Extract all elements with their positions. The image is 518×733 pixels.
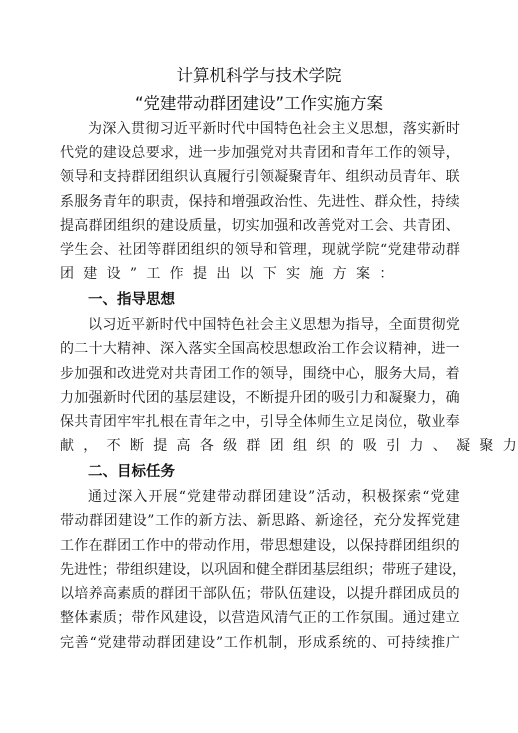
section-line: 先进性；带组织建设，以巩固和健全群团基层组织；带班子建设， <box>60 560 460 580</box>
intro-line: 提高群团组织的建设质量，切实加强和改善党对工会、共青团、 <box>60 216 460 236</box>
section-heading-guiding-ideology: 一、指导思想 <box>88 290 175 310</box>
section-line: 工作在群团工作中的带动作用，带思想建设，以保持群团组织的 <box>60 536 460 556</box>
document-title-plan: “党建带动群团建设”工作实施方案 <box>0 90 518 114</box>
intro-line: 领导和支持群团组织认真履行引领凝聚青年、组织动员青年、联 <box>60 167 460 187</box>
section-line: 以培养高素质的群团干部队伍；带队伍建设，以提升群团成员的 <box>60 584 460 604</box>
section-line: 以习近平新时代中国特色社会主义思想为指导，全面贯彻党 <box>88 315 460 335</box>
intro-line: 代党的建设总要求，进一步加强党对共青团和青年工作的领导， <box>60 143 460 163</box>
section-line: 通过深入开展“党建带动群团建设”活动，积极探索“党建 <box>88 487 460 507</box>
section-line: 保共青团牢牢扎根在青年之中，引导全体师生立足岗位，敬业奉 <box>60 412 460 432</box>
document-title-organization: 计算机科学与技术学院 <box>0 62 518 86</box>
section-line: 步加强和改进党对共青团工作的领导，围绕中心，服务大局，着 <box>60 364 460 384</box>
section-line: 整体素质；带作风建设，以营造风清气正的工作氛围。通过建立 <box>60 608 460 628</box>
intro-line: 为深入贯彻习近平新时代中国特色社会主义思想，落实新时 <box>88 119 460 139</box>
section-line: 的二十大精神、深入落实全国高校思想政治工作会议精神，进一 <box>60 339 460 359</box>
section-line: 完善“党建带动群团建设”工作机制，形成系统的、可持续推广 <box>60 633 460 653</box>
section-line: 带动群团建设”工作的新方法、新思路、新途径，充分发挥党建 <box>60 511 460 531</box>
section-heading-goals-tasks: 二、目标任务 <box>88 462 175 482</box>
document-page: 计算机科学与技术学院 “党建带动群团建设”工作实施方案 为深入贯彻习近平新时代中… <box>0 0 518 733</box>
intro-line: 系服务青年的职责，保持和增强政治性、先进性、群众性，持续 <box>60 192 460 212</box>
section-line: 献，不断提高各级群团组织的吸引力、凝聚力和战斗力。 <box>60 436 460 456</box>
intro-line: 学生会、社团等群团组织的领导和管理，现就学院“党建带动群 <box>60 240 460 260</box>
section-line: 力加强新时代团的基层建设，不断提升团的吸引力和凝聚力，确 <box>60 388 460 408</box>
intro-line: 团建设”工作提出以下实施方案： <box>60 264 460 284</box>
